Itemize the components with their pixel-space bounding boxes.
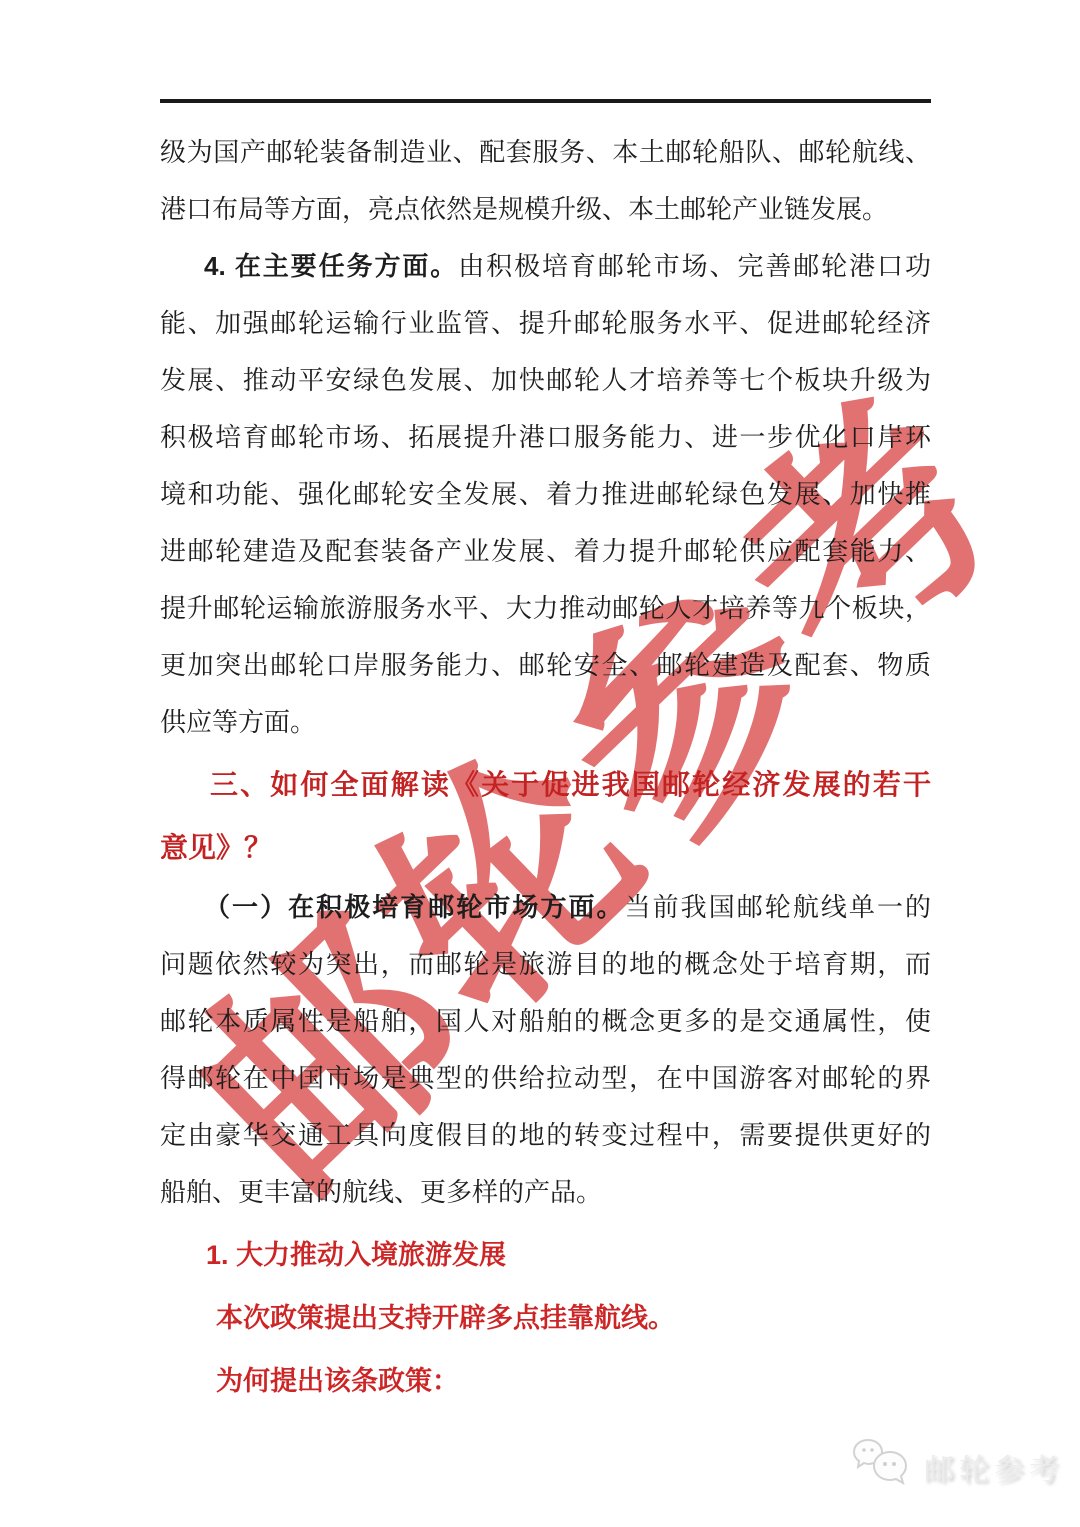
text-line: 能、加强邮轮运输行业监管、提升邮轮服务水平、促进邮轮经济 (160, 295, 931, 352)
text-line: 级为国产邮轮装备制造业、配套服务、本土邮轮船队、邮轮航线、 (160, 124, 931, 181)
text-line: 进邮轮建造及配套装备产业发展、着力提升邮轮供应配套能力、 (160, 523, 931, 580)
paragraph-main-tasks: 4. 在主要任务方面。由积极培育邮轮市场、完善邮轮港口功 能、加强邮轮运输行业监… (160, 238, 931, 751)
text-line: 邮轮本质属性是船舶，国人对船舶的概念更多的是交通属性，使 (160, 993, 931, 1050)
top-divider-line (160, 99, 931, 103)
brand-name-text: 邮轮参考 (924, 1445, 1064, 1489)
bold-lead-cultivate-market: （一）在积极培育邮轮市场方面。 (204, 892, 625, 922)
text-line: 境和功能、强化邮轮安全发展、着力推进邮轮绿色发展、加快推 (160, 466, 931, 523)
wechat-bubbles-icon (852, 1436, 914, 1497)
heading-section-three: 三、如何全面解读《关于促进我国邮轮经济发展的若干 意见》？ (160, 753, 931, 879)
text-line: 港口布局等方面，亮点依然是规模升级、本土邮轮产业链发展。 (160, 181, 931, 238)
heading-line: 意见》？ (160, 816, 931, 879)
text-line: 船舶、更丰富的航线、更多样的产品。 (160, 1164, 931, 1221)
text-line: （一）在积极培育邮轮市场方面。当前我国邮轮航线单一的 (160, 879, 931, 936)
text-line: 供应等方面。 (160, 694, 931, 751)
text-line: 积极培育邮轮市场、拓展提升港口服务能力、进一步优化口岸环 (160, 409, 931, 466)
text-line: 更加突出邮轮口岸服务能力、邮轮安全、邮轮建造及配套、物质 (160, 637, 931, 694)
paragraph-cultivate-market: （一）在积极培育邮轮市场方面。当前我国邮轮航线单一的 问题依然较为突出，而邮轮是… (160, 879, 931, 1221)
text-line: 发展、推动平安绿色发展、加快邮轮人才培养等七个板块升级为 (160, 352, 931, 409)
brand-footer: 邮轮参考 (852, 1436, 1064, 1497)
text-line: 定由豪华交通工具向度假目的地的转变过程中，需要提供更好的 (160, 1107, 931, 1164)
text-line: 问题依然较为突出，而邮轮是旅游目的地的概念处于培育期，而 (160, 936, 931, 993)
article-body: 级为国产邮轮装备制造业、配套服务、本土邮轮船队、邮轮航线、 港口布局等方面，亮点… (160, 124, 931, 1410)
subheading-policy-statement: 本次政策提出支持开辟多点挂靠航线。 (160, 1290, 931, 1347)
text-line: 得邮轮在中国市场是典型的供给拉动型，在中国游客对邮轮的界 (160, 1050, 931, 1107)
bold-lead-main-tasks: 4. 在主要任务方面。 (204, 251, 458, 281)
text-run: 当前我国邮轮航线单一的 (625, 893, 931, 922)
subheading-inbound-tourism: 1. 大力推动入境旅游发展 (160, 1227, 931, 1284)
subheading-policy-reason: 为何提出该条政策： (160, 1353, 931, 1410)
text-run: 由积极培育邮轮市场、完善邮轮港口功 (458, 252, 931, 281)
heading-line: 三、如何全面解读《关于促进我国邮轮经济发展的若干 (160, 753, 931, 816)
text-line: 提升邮轮运输旅游服务水平、大力推动邮轮人才培养等九个板块， (160, 580, 931, 637)
paragraph-overview: 级为国产邮轮装备制造业、配套服务、本土邮轮船队、邮轮航线、 港口布局等方面，亮点… (160, 124, 931, 238)
document-page: 邮轮参考 级为国产邮轮装备制造业、配套服务、本土邮轮船队、邮轮航线、 港口布局等… (0, 0, 1080, 1527)
text-line: 4. 在主要任务方面。由积极培育邮轮市场、完善邮轮港口功 (160, 238, 931, 295)
